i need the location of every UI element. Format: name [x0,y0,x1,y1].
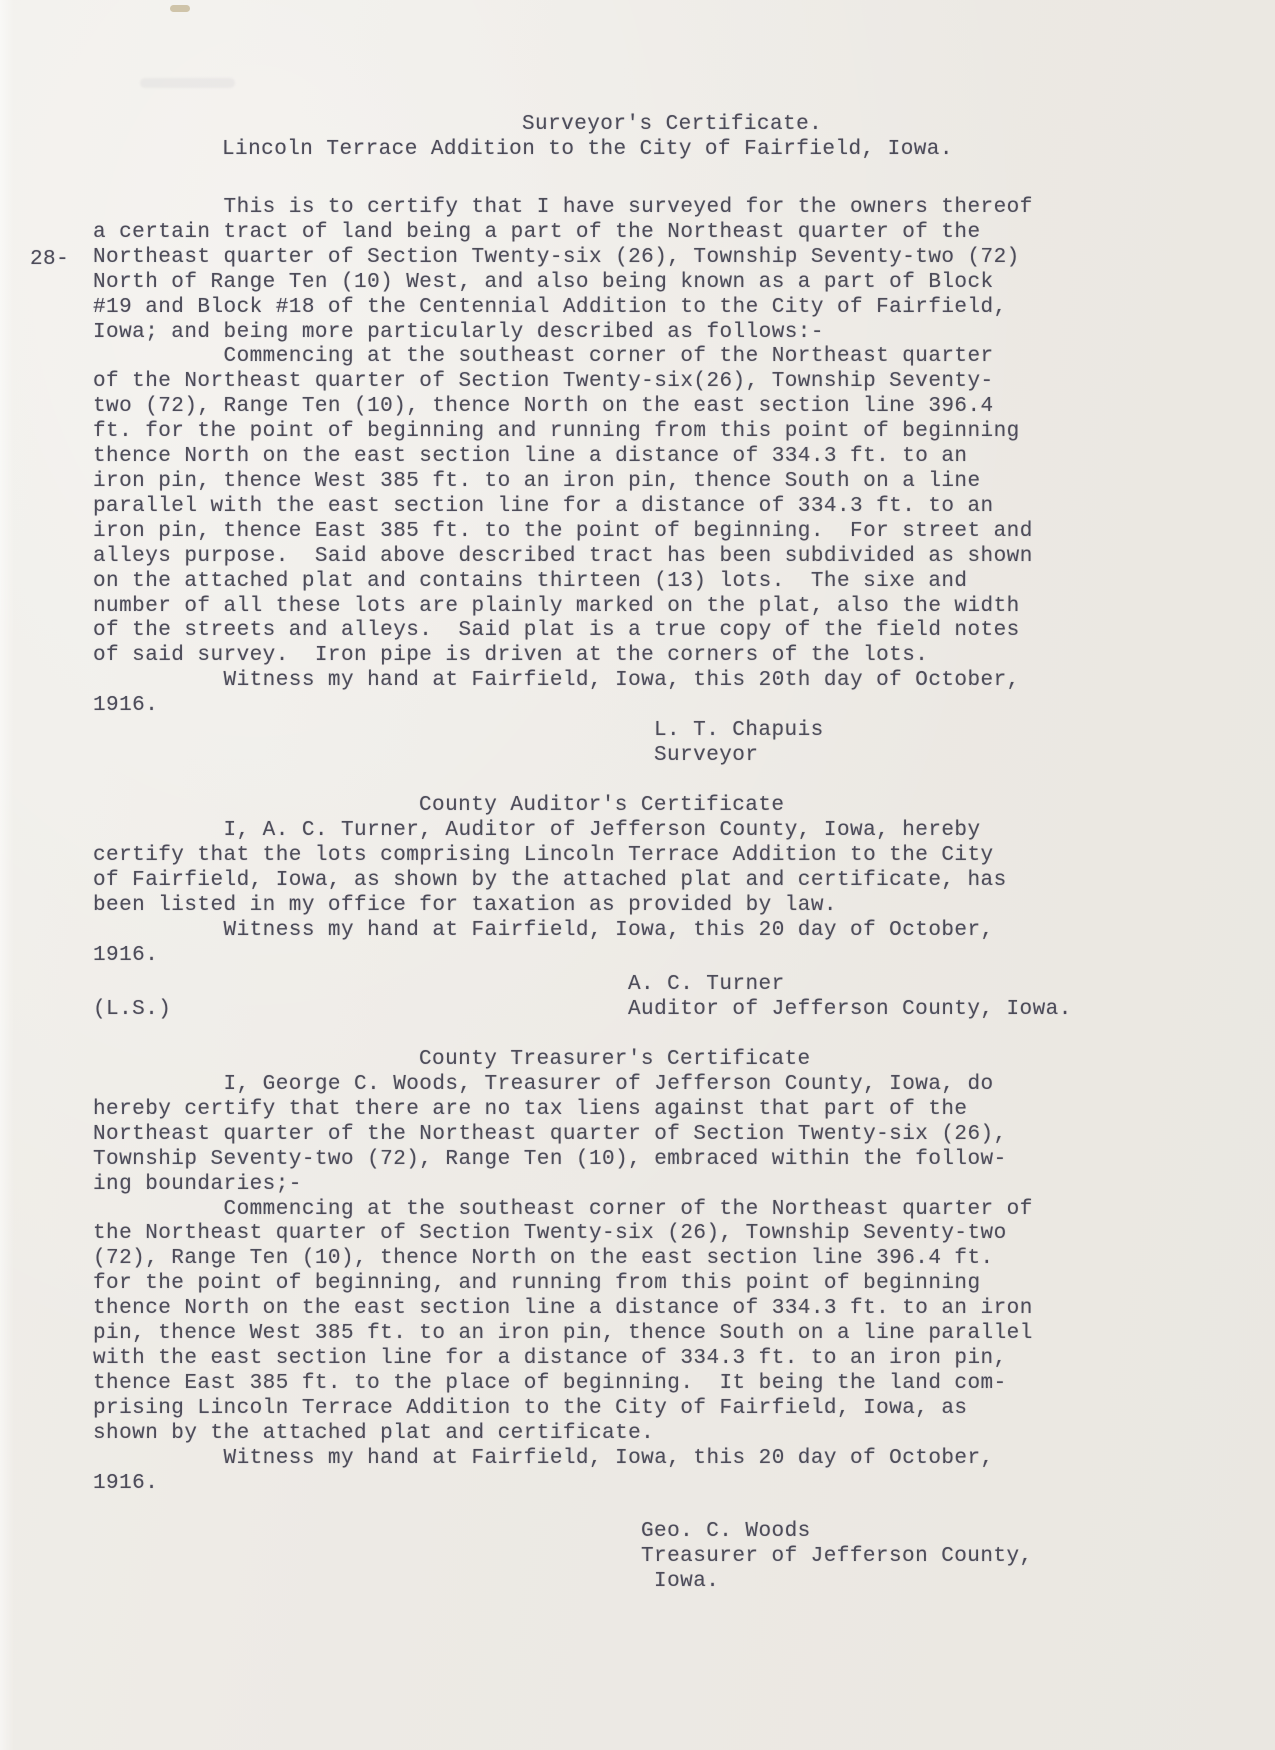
paper-smudge [140,78,235,88]
auditor-signature-name: A. C. Turner [628,973,785,998]
document-subtitle: Lincoln Terrace Addition to the City of … [222,138,953,163]
auditor-certificate-body: I, A. C. Turner, Auditor of Jefferson Co… [93,819,1007,968]
treasurer-certificate-body: I, George C. Woods, Treasurer of Jeffers… [93,1073,1033,1496]
auditor-certificate-heading: County Auditor's Certificate [419,794,784,819]
surveyor-signature-block: L. T. Chapuis Surveyor [654,719,824,769]
auditor-signature-title: Auditor of Jefferson County, Iowa. [628,998,1072,1023]
seal-note: (L.S.) [93,998,171,1023]
paper-speck [170,5,190,12]
document-title: Surveyor's Certificate. [522,113,822,138]
treasurer-signature-block: Geo. C. Woods Treasurer of Jefferson Cou… [641,1520,1033,1595]
surveyor-certificate-body: This is to certify that I have surveyed … [93,196,1033,719]
treasurer-certificate-heading: County Treasurer's Certificate [419,1048,811,1073]
scanned-page: Surveyor's Certificate. Lincoln Terrace … [0,0,1275,1750]
margin-note: 28- [30,248,69,273]
page-edge-highlight [0,0,14,1750]
